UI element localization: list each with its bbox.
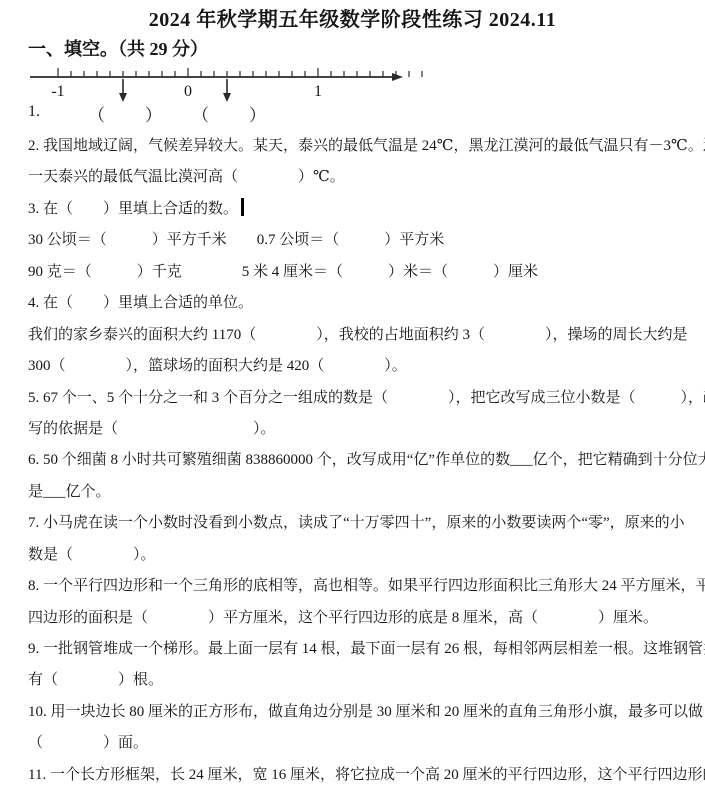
question-number: 1. (28, 103, 40, 121)
question-3-line: 90 克＝（ ）千克 5 米 4 厘米＝（ ）米＝（ ）厘米 (28, 257, 700, 288)
axis-tick-label: -1 (51, 83, 64, 100)
questions: 2. 我国地域辽阔，气候差异较大。某天，泰兴的最低气温是 24℃，黑龙江漠河的最… (28, 131, 700, 789)
question-9-line: 有（ ）根。 (28, 665, 700, 696)
question-6-line: 是___亿个。 (28, 477, 700, 508)
question-4-line: 4. 在（ ）里填上合适的单位。 (28, 288, 700, 319)
question-3-line: 3. 在（ ）里填上合适的数。 (28, 194, 700, 225)
section-heading: 一、填空。（共 29 分） (28, 35, 208, 61)
answer-blank: （ ） (88, 101, 140, 126)
page-title: 2024 年秋学期五年级数学阶段性练习 2024.11 (0, 3, 705, 32)
answer-blank: （ ） (192, 101, 244, 126)
question-4-line: 300（ ），篮球场的面积大约是 420（ ）。 (28, 351, 700, 382)
question-11-line: 11. 一个长方形框架，长 24 厘米，宽 16 厘米，将它拉成一个高 20 厘… (28, 760, 700, 789)
question-8-line: 四边形的面积是（ ）平方厘米，这个平行四边形的底是 8 厘米，高（ ）厘米。 (28, 603, 700, 634)
question-5-line: 5. 67 个一、5 个十分之一和 3 个百分之一组成的数是（ ），把它改写成三… (28, 383, 700, 414)
question-2-line: 2. 我国地域辽阔，气候差异较大。某天，泰兴的最低气温是 24℃，黑龙江漠河的最… (28, 131, 700, 162)
question-8-line: 8. 一个平行四边形和一个三角形的底相等，高也相等。如果平行四边形面积比三角形大… (28, 571, 700, 602)
document-page[interactable]: 2024 年秋学期五年级数学阶段性练习 2024.11 一、填空。（共 29 分… (0, 0, 705, 789)
axis-arrowhead-icon (392, 73, 403, 81)
question-10-line: 10. 用一块边长 80 厘米的正方形布，做直角边分别是 30 厘米和 20 厘… (28, 697, 700, 728)
axis-tick-label: 1 (314, 83, 322, 100)
question-2-line: 一天泰兴的最低气温比漠河高（ ）℃。 (28, 162, 700, 193)
question-3-line: 30 公顷＝（ ）平方千米 0.7 公顷＝（ ）平方米 (28, 225, 700, 256)
question-5-line: 写的依据是（ ）。 (28, 414, 700, 445)
axis-tick-label: 0 (184, 83, 192, 100)
question-7-line: 7. 小马虎在读一个小数时没看到小数点，读成了“十万零四十”，原来的小数要读两个… (28, 508, 700, 539)
question-9-line: 9. 一批钢管堆成一个梯形。最上面一层有 14 根，最下面一层有 26 根，每相… (28, 634, 700, 665)
question-6-line: 6. 50 个细菌 8 小时共可繁殖细菌 838860000 个，改写成用“亿”… (28, 445, 700, 476)
question-7-line: 数是（ ）。 (28, 540, 700, 571)
question-4-line: 我们的家乡泰兴的面积大约 1170（ ），我校的占地面积约 3（ ），操场的周长… (28, 320, 700, 351)
question-10-line: （ ）面。 (28, 728, 700, 759)
text-cursor (241, 198, 244, 216)
number-line-axis: -101 (30, 68, 422, 102)
